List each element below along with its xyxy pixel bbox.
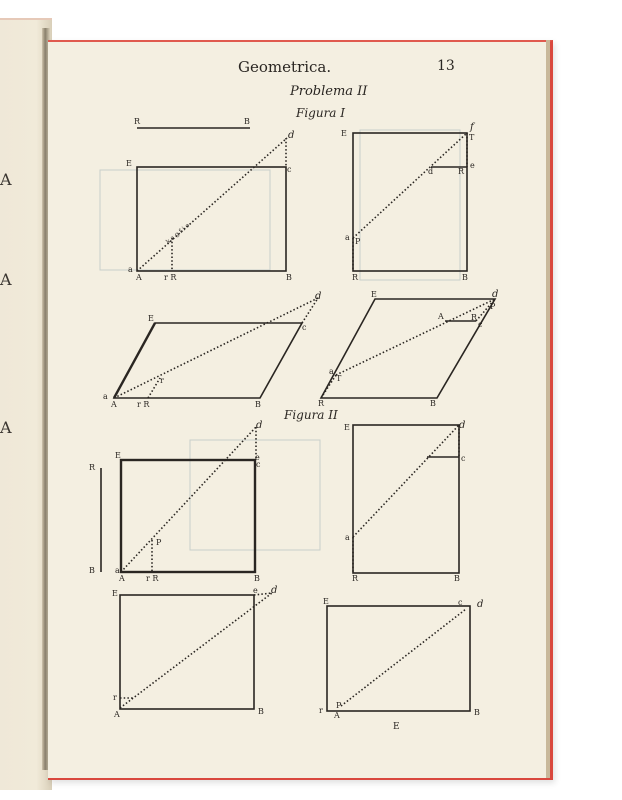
svg-text:P: P xyxy=(156,538,162,547)
svg-text:d: d xyxy=(271,585,277,596)
svg-text:r: r xyxy=(160,376,164,385)
svg-text:a: a xyxy=(103,392,108,401)
svg-text:d: d xyxy=(492,289,498,300)
svg-text:f: f xyxy=(469,122,476,133)
svg-text:c: c xyxy=(256,460,261,469)
svg-text:T: T xyxy=(336,374,342,383)
svg-text:A: A xyxy=(118,574,125,583)
svg-text:r R: r R xyxy=(146,574,159,583)
svg-text:E: E xyxy=(112,589,118,598)
svg-text:R: R xyxy=(318,399,325,408)
svg-text:c: c xyxy=(458,598,463,607)
svg-text:r: r xyxy=(113,693,117,702)
svg-text:E: E xyxy=(323,597,329,606)
svg-text:c: c xyxy=(302,323,307,332)
svg-text:c: c xyxy=(461,454,466,463)
svg-text:e: e xyxy=(470,161,475,170)
svg-text:B: B xyxy=(254,574,260,583)
label: R xyxy=(134,117,141,126)
svg-text:a: a xyxy=(128,265,133,274)
svg-text:a: a xyxy=(329,367,334,376)
svg-text:B: B xyxy=(430,399,436,408)
svg-text:R: R xyxy=(89,463,96,472)
svg-text:P: P xyxy=(355,237,361,246)
svg-text:d: d xyxy=(256,420,262,431)
figure-2-rectangle-left: E d e c P a A r R B xyxy=(115,420,262,583)
svg-text:A: A xyxy=(135,273,142,282)
figure-1-rectangle-left: E a A r R B c d k a g f i o xyxy=(126,130,294,282)
figure-2-segment-rb: R B xyxy=(89,463,101,575)
figure-1-rectangle-right: E f T d R e a P R B xyxy=(341,122,476,282)
svg-text:a: a xyxy=(345,533,350,542)
svg-text:R: R xyxy=(471,313,478,322)
figure-1-segment-rb: R B xyxy=(134,117,250,128)
svg-text:r: r xyxy=(319,706,323,715)
svg-text:e: e xyxy=(253,586,258,595)
figure-1-parallelogram-left: E d c a A r r R B xyxy=(103,291,321,409)
svg-text:k a g f i o: k a g f i o xyxy=(165,222,192,246)
svg-text:P: P xyxy=(490,302,496,311)
svg-text:d: d xyxy=(315,291,321,302)
svg-text:a: a xyxy=(345,233,350,242)
figure-2-rectangle-right: E d c a R B xyxy=(344,420,466,583)
show-through-ghost xyxy=(100,130,460,550)
figure-1-parallelogram-right: E d P A R c a T R B xyxy=(318,289,498,408)
svg-text:E: E xyxy=(371,290,377,299)
svg-text:d: d xyxy=(428,167,433,176)
svg-text:B: B xyxy=(454,574,460,583)
svg-text:B: B xyxy=(258,707,264,716)
figure-2-rectangle-bottom-left: E e d r A B xyxy=(112,585,277,719)
svg-text:A: A xyxy=(113,710,120,719)
svg-text:d: d xyxy=(459,420,465,431)
geometric-figures: R B E a A r R B c d k a g f i o E f T d … xyxy=(0,0,622,800)
svg-text:d: d xyxy=(288,130,294,141)
label: B xyxy=(244,117,250,126)
svg-text:T: T xyxy=(469,133,475,142)
svg-text:B: B xyxy=(474,708,480,717)
svg-text:R: R xyxy=(352,273,359,282)
svg-text:E: E xyxy=(126,159,132,168)
signature-mark: E xyxy=(393,722,400,732)
svg-text:c: c xyxy=(287,165,292,174)
svg-text:P: P xyxy=(336,701,342,710)
figure-2-rectangle-bottom-right: E c d r P A B xyxy=(319,597,483,720)
svg-text:B: B xyxy=(255,400,261,409)
svg-text:c: c xyxy=(478,320,483,329)
svg-text:B: B xyxy=(89,566,95,575)
svg-text:R: R xyxy=(352,574,359,583)
svg-text:E: E xyxy=(341,129,347,138)
svg-text:d: d xyxy=(477,599,483,610)
svg-text:A: A xyxy=(110,400,117,409)
svg-text:r R: r R xyxy=(137,400,150,409)
svg-text:r R: r R xyxy=(164,273,177,282)
svg-text:B: B xyxy=(286,273,292,282)
svg-text:B: B xyxy=(462,273,468,282)
svg-text:E: E xyxy=(115,451,121,460)
svg-text:R: R xyxy=(458,167,465,176)
svg-text:A: A xyxy=(333,711,340,720)
svg-text:A: A xyxy=(437,312,444,321)
svg-text:E: E xyxy=(148,314,154,323)
svg-text:E: E xyxy=(344,423,350,432)
